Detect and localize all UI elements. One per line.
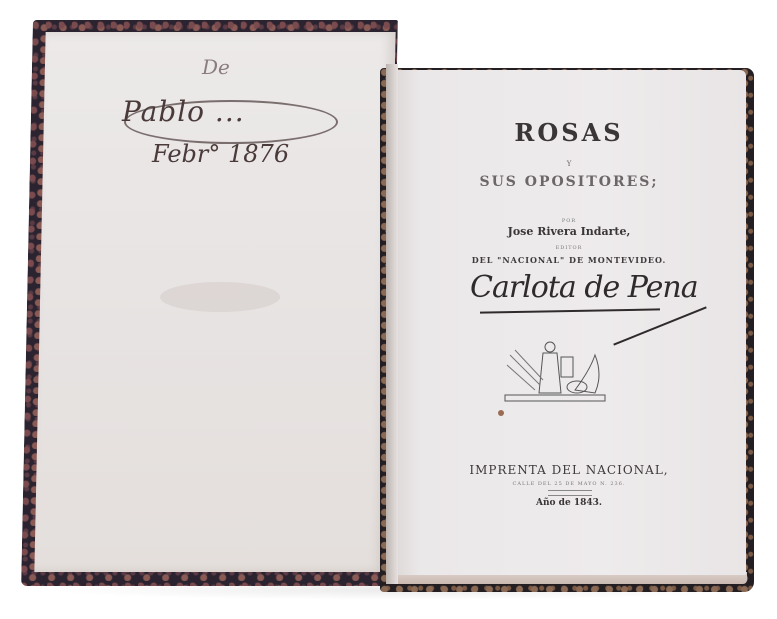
book-subtitle: SUS OPOSITORES; (392, 174, 746, 190)
signature-text: Carlota de Pena (470, 270, 698, 305)
foxing-spot (498, 410, 504, 416)
owner-signature: Carlota de Pena (470, 270, 710, 320)
printer-address: CALLE DEL 25 DE MAYO N. 236. (392, 481, 746, 487)
newspaper-name: DEL "NACIONAL" DE MONTEVIDEO. (392, 255, 746, 265)
publication-year: Año de 1843. (392, 498, 746, 508)
inscription-date: Febr° 1876 (152, 140, 289, 168)
decorative-rule (548, 490, 592, 496)
signature-underline (480, 308, 660, 313)
author-name: Jose Rivera Indarte, (392, 225, 746, 238)
book-title: ROSAS (392, 118, 746, 147)
handwritten-inscription: De Pablo ... Febr° 1876 (112, 50, 352, 190)
inscription-line-1: De (202, 55, 230, 79)
engraved-vignette-icon (495, 335, 615, 405)
author-role: EDITOR (392, 245, 746, 251)
by-line: POR (392, 218, 746, 224)
inscription-line-2: Pablo ... (122, 95, 245, 128)
paper-stain (160, 282, 281, 312)
title-conjunction: Y (392, 160, 746, 168)
printer-imprint: IMPRENTA DEL NACIONAL, (392, 463, 746, 477)
